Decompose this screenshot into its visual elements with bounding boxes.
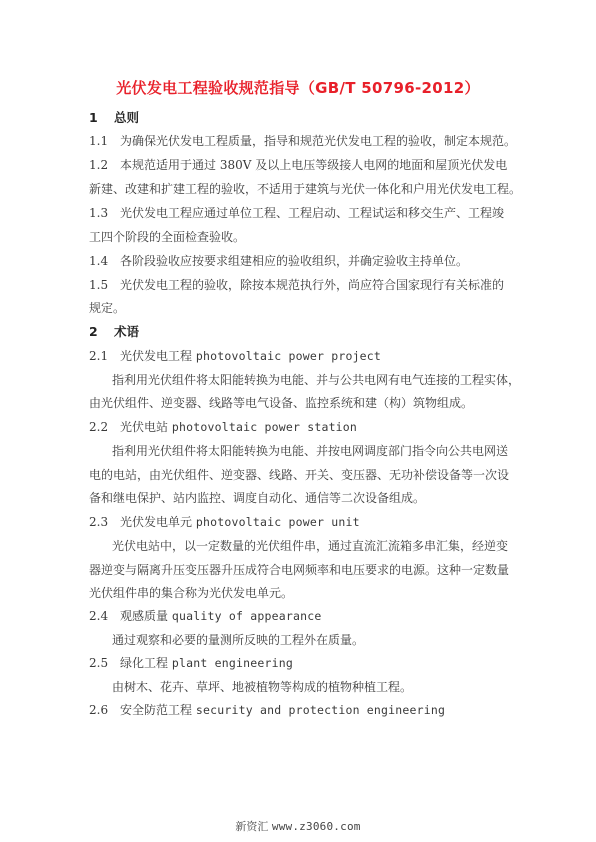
term-2-1-def-cont: 由光伏组件、逆变器、线路等电气设备、监控系统和建（构）筑物组成。 <box>89 395 473 411</box>
term-2-2: 2.2光伏电站 photovoltaic power station <box>89 419 357 435</box>
term-2-2-def: 指利用光伏组件将太阳能转换为电能、并按电网调度部门指令向公共电网送 <box>112 443 508 459</box>
footer-site-name: 新资汇 <box>235 820 268 833</box>
footer-url[interactable]: www.z3060.com <box>272 820 361 833</box>
clause-1-3-cont: 工四个阶段的全面检查验收。 <box>89 229 245 245</box>
section-title: 总则 <box>114 110 139 125</box>
clause-1-1: 1.1为确保光伏发电工程质量，指导和规范光伏发电工程的验收，制定本规范。 <box>89 133 516 149</box>
clause-1-4: 1.4各阶段验收应按要求组建相应的验收组织，并确定验收主持单位。 <box>89 253 468 269</box>
term-2-4-def: 通过观察和必要的量测所反映的工程外在质量。 <box>112 632 364 648</box>
term-2-5: 2.5绿化工程 plant engineering <box>89 655 293 671</box>
section-title: 术语 <box>114 324 139 339</box>
clause-1-2: 1.2本规范适用于通过 380V 及以上电压等级接人电网的地面和屋顶光伏发电 <box>89 157 507 173</box>
section-heading-2: 2术语 <box>89 324 139 340</box>
term-2-3-def-cont1: 器逆变与隔离升压变压器升压成符合电网频率和电压要求的电源。这种一定数量 <box>89 562 509 578</box>
section-number: 1 <box>89 110 114 126</box>
clause-1-5-cont: 规定。 <box>89 300 125 316</box>
term-2-5-def: 由树木、花卉、草坪、地被植物等构成的植物种植工程。 <box>112 679 412 695</box>
term-2-1-def: 指利用光伏组件将太阳能转换为电能、并与公共电网有电气连接的工程实体， <box>112 372 520 388</box>
clause-1-2-cont: 新建、改建和扩建工程的验收，不适用于建筑与光伏一体化和户用光伏发电工程。 <box>89 181 521 197</box>
term-2-3-def-cont2: 光伏组件串的集合称为光伏发电单元。 <box>89 585 293 601</box>
term-2-3: 2.3光伏发电单元 photovoltaic power unit <box>89 514 360 530</box>
term-2-2-def-cont1: 电的电站，由光伏组件、逆变器、线路、开关、变压器、无功补偿设备等一次设 <box>89 467 509 483</box>
term-2-1: 2.1光伏发电工程 photovoltaic power project <box>89 348 381 364</box>
clause-1-3: 1.3光伏发电工程应通过单位工程、工程启动、工程试运和移交生产、工程竣 <box>89 205 504 221</box>
document-title: 光伏发电工程验收规范指导（GB/T 50796-2012） <box>0 77 596 98</box>
section-number: 2 <box>89 324 114 340</box>
clause-1-5: 1.5光伏发电工程的验收，除按本规范执行外，尚应符合国家现行有关标准的 <box>89 277 504 293</box>
section-heading-1: 1总则 <box>89 110 139 126</box>
page-footer: 新资汇 www.z3060.com <box>0 818 596 834</box>
term-2-2-def-cont2: 备和继电保护、站内监控、调度自动化、通信等二次设备组成。 <box>89 490 425 506</box>
term-2-4: 2.4观感质量 quality of appearance <box>89 608 321 624</box>
term-2-3-def: 光伏电站中，以一定数量的光伏组件串，通过直流汇流箱多串汇集，经逆变 <box>112 538 508 554</box>
term-2-6: 2.6安全防范工程 security and protection engine… <box>89 702 445 718</box>
